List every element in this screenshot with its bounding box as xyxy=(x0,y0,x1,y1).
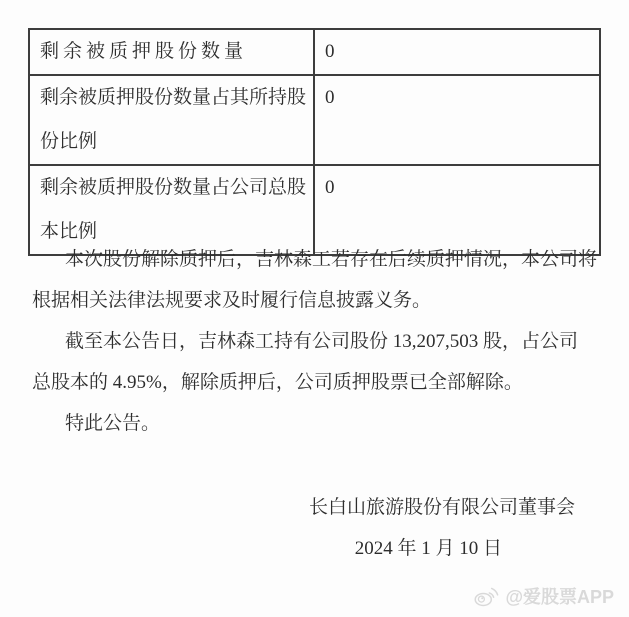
pledge-summary-table: 剩余被质押股份数量 0 剩余被质押股份数量占其所持股 份比例 0 剩余被质押股份… xyxy=(28,28,601,256)
row-value-cell: 0 xyxy=(314,29,600,75)
paragraph-line: 本次股份解除质押后，吉林森工若存在后续质押情况，本公司将 xyxy=(32,239,599,280)
signature-block: 长白山旅游股份有限公司董事会 2024 年 1 月 10 日 xyxy=(32,487,599,569)
row-value: 0 xyxy=(325,30,599,74)
paragraph: 特此公告。 xyxy=(32,403,599,444)
announcement-document: 剩余被质押股份数量 0 剩余被质押股份数量占其所持股 份比例 0 剩余被质押股份… xyxy=(0,0,629,617)
row-label-cell: 剩余被质押股份数量 xyxy=(29,29,314,75)
row-label-line: 剩余被质押股份数量占其所持股 xyxy=(40,76,313,120)
row-label-cell: 剩余被质押股份数量占其所持股 份比例 xyxy=(29,75,314,165)
watermark-text: @爱股票APP xyxy=(505,583,614,609)
paragraph-line: 总股本的 4.95%，解除质押后，公司质押股票已全部解除。 xyxy=(32,362,599,403)
signature-company: 长白山旅游股份有限公司董事会 xyxy=(32,487,599,528)
announcement-body: 本次股份解除质押后，吉林森工若存在后续质押情况，本公司将 根据相关法律法规要求及… xyxy=(32,239,599,444)
row-label-line: 剩余被质押股份数量 xyxy=(40,30,313,74)
paragraph-line: 截至本公告日，吉林森工持有公司股份 13,207,503 股，占公司 xyxy=(32,321,599,362)
table-row: 剩余被质押股份数量占其所持股 份比例 0 xyxy=(29,75,600,165)
watermark: @爱股票APP xyxy=(473,583,614,609)
paragraph-line: 根据相关法律法规要求及时履行信息披露义务。 xyxy=(32,280,599,321)
row-value: 0 xyxy=(325,166,599,210)
weibo-icon xyxy=(473,585,501,608)
signature-date: 2024 年 1 月 10 日 xyxy=(32,528,599,569)
row-label-line: 剩余被质押股份数量占公司总股 xyxy=(40,166,313,210)
paragraph-line: 特此公告。 xyxy=(32,403,599,444)
table-row: 剩余被质押股份数量 0 xyxy=(29,29,600,75)
paragraph: 截至本公告日，吉林森工持有公司股份 13,207,503 股，占公司 总股本的 … xyxy=(32,321,599,403)
row-label-line: 份比例 xyxy=(40,120,313,164)
row-value-cell: 0 xyxy=(314,75,600,165)
row-value: 0 xyxy=(325,76,599,120)
paragraph: 本次股份解除质押后，吉林森工若存在后续质押情况，本公司将 根据相关法律法规要求及… xyxy=(32,239,599,321)
